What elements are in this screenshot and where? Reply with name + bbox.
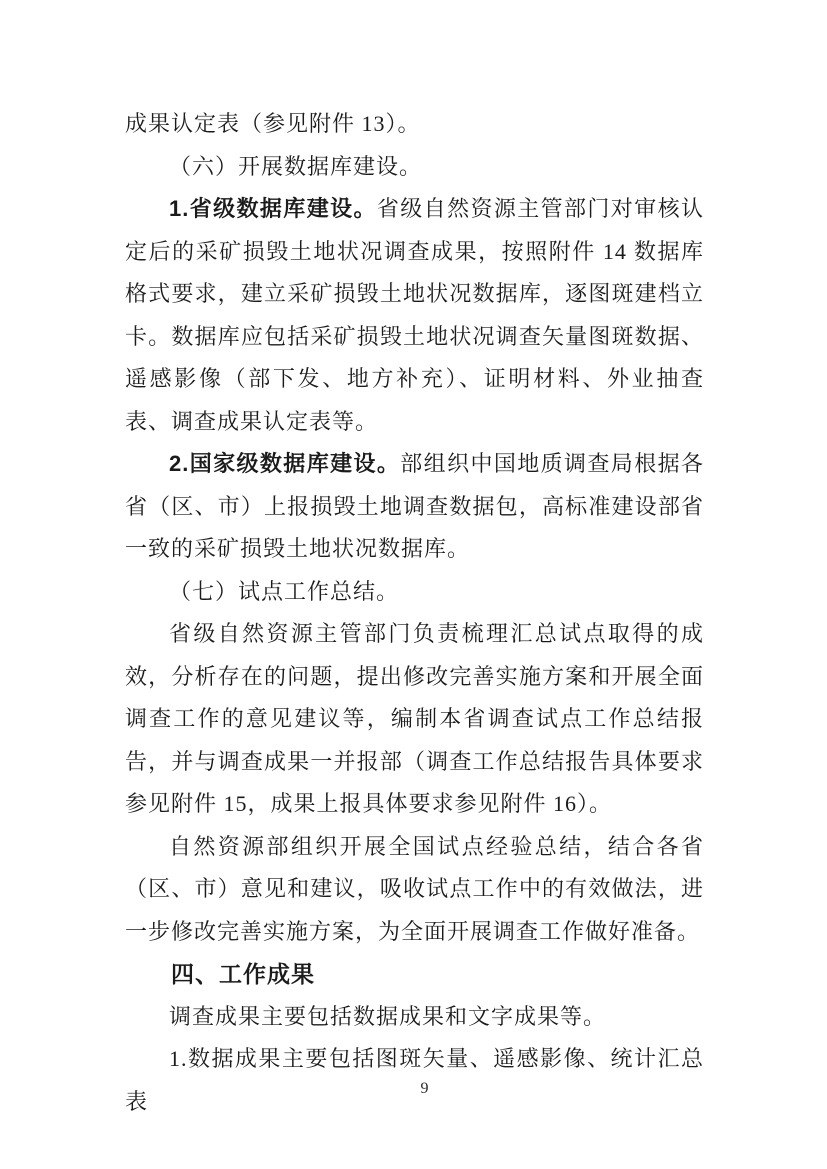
paragraph-subheading-7: （七）试点工作总结。 (125, 571, 704, 614)
page-number: 9 (0, 1080, 827, 1098)
paragraph-national-summary: 自然资源部组织开展全国试点经验总结，结合各省（区、市）意见和建议，吸收试点工作中… (125, 826, 704, 954)
paragraph-results-overview: 调查成果主要包括数据成果和文字成果等。 (125, 996, 704, 1039)
paragraph-continuation: 成果认定表（参见附件 13）。 (125, 103, 704, 146)
paragraph-subheading-6: （六）开展数据库建设。 (125, 146, 704, 189)
document-body: 成果认定表（参见附件 13）。 （六）开展数据库建设。 1.省级数据库建设。省级… (125, 103, 704, 1123)
paragraph-provincial-summary: 省级自然资源主管部门负责梳理汇总试点取得的成效，分析存在的问题，提出修改完善实施… (125, 613, 704, 826)
paragraph-lead: 2.国家级数据库建设。 (169, 451, 400, 476)
document-page: 成果认定表（参见附件 13）。 （六）开展数据库建设。 1.省级数据库建设。省级… (0, 0, 827, 1169)
paragraph-national-database: 2.国家级数据库建设。部组织中国地质调查局根据各省（区、市）上报损毁土地调查数据… (125, 443, 704, 571)
paragraph-provincial-database: 1.省级数据库建设。省级自然资源主管部门对审核认定后的采矿损毁土地状况调查成果，… (125, 188, 704, 443)
paragraph-lead: 1.省级数据库建设。 (169, 196, 377, 221)
paragraph-text: 省级自然资源主管部门对审核认定后的采矿损毁土地状况调查成果，按照附件 14 数据… (125, 196, 704, 434)
section-heading-work-results: 四、工作成果 (125, 953, 704, 996)
